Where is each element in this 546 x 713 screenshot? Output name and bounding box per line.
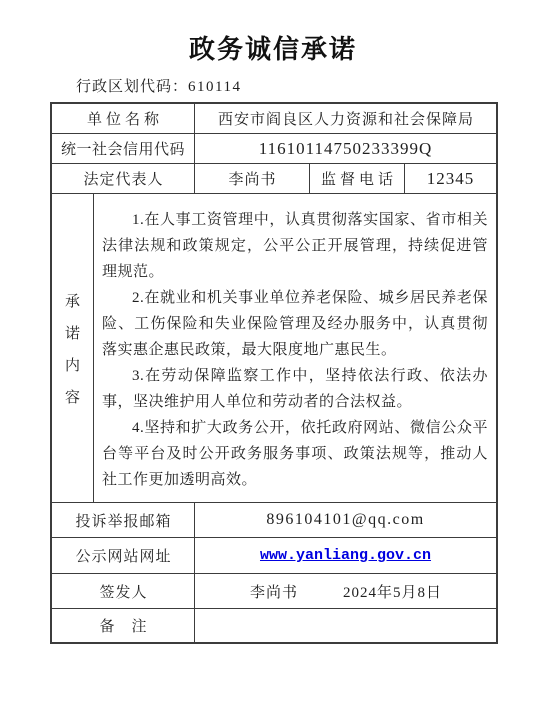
admin-division-line: 行政区划代码：610114 [76,75,546,96]
supervision-phone-value: 12345 [405,164,496,193]
complaint-email-row: 投诉举报邮箱 896104101@qq.com [52,503,496,538]
credit-code-label: 统一社会信用代码 [52,134,195,163]
legal-rep-row: 法定代表人 李尚书 监督电话 12345 [52,164,496,194]
website-link[interactable]: www.yanliang.gov.cn [260,547,431,564]
commitment-label-char: 容 [65,386,80,407]
credit-code-value: 11610114750233399Q [195,134,496,163]
commitment-paragraph-2: 2.在就业和机关事业单位养老保险、城乡居民养老保险、工伤保险和失业保险管理及经办… [102,285,488,363]
commitment-label-char: 承 [65,290,80,311]
remark-row: 备 注 [52,609,496,642]
complaint-email-value: 896104101@qq.com [195,503,496,537]
commitment-label-char: 诺 [65,322,80,343]
signer-value: 李尚书 2024年5月8日 [195,574,496,608]
commitment-table: 单位名称 西安市阎良区人力资源和社会保障局 统一社会信用代码 116101147… [50,102,498,644]
legal-rep-label: 法定代表人 [52,164,195,193]
legal-rep-value: 李尚书 [195,164,310,193]
admin-division-code: 610114 [188,79,241,95]
document-page: 政务诚信承诺 行政区划代码：610114 单位名称 西安市阎良区人力资源和社会保… [0,0,546,713]
unit-name-value: 西安市阎良区人力资源和社会保障局 [195,104,496,133]
admin-division-label: 行政区划代码： [76,79,188,95]
complaint-email-label: 投诉举报邮箱 [52,503,195,537]
signer-name: 李尚书 [249,581,298,602]
commitment-paragraph-1: 1.在人事工资管理中，认真贯彻落实国家、省市相关法律法规和政策规定，公平公正开展… [102,207,488,285]
commitment-label-char: 内 [65,354,80,375]
signer-label: 签发人 [52,574,195,608]
website-label: 公示网站网址 [52,538,195,573]
remark-value [195,609,496,642]
unit-name-row: 单位名称 西安市阎良区人力资源和社会保障局 [52,104,496,134]
commitment-paragraphs: 1.在人事工资管理中，认真贯彻落实国家、省市相关法律法规和政策规定，公平公正开展… [94,194,496,502]
commitment-paragraph-3: 3.在劳动保障监察工作中，坚持依法行政、依法办事，坚决维护用人单位和劳动者的合法… [102,363,488,415]
signer-row: 签发人 李尚书 2024年5月8日 [52,574,496,609]
document-title: 政务诚信承诺 [0,0,546,66]
unit-name-label: 单位名称 [52,104,195,133]
credit-code-row: 统一社会信用代码 11610114750233399Q [52,134,496,164]
sign-date: 2024年5月8日 [342,581,442,602]
commitment-content-row: 承 诺 内 容 1.在人事工资管理中，认真贯彻落实国家、省市相关法律法规和政策规… [52,194,496,503]
remark-label: 备 注 [52,609,195,642]
commitment-paragraph-4: 4.坚持和扩大政务公开，依托政府网站、微信公众平台等平台及时公开政务服务事项、政… [102,415,488,493]
website-row: 公示网站网址 www.yanliang.gov.cn [52,538,496,574]
commitment-content-label: 承 诺 内 容 [52,194,94,502]
supervision-phone-label: 监督电话 [310,164,405,193]
